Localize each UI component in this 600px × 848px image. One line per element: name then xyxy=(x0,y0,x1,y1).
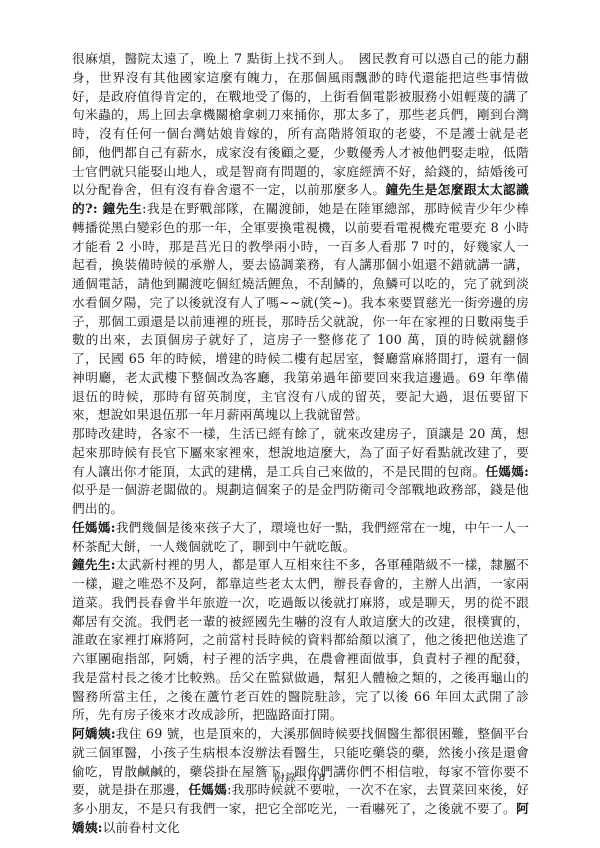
text-run: 我們幾個是後來孩子大了，環境也好一點，我們經常在一塊，中午一人一杯茶配大餅，一人… xyxy=(72,520,529,554)
paragraph: 任媽媽:我們幾個是後來孩子大了，環境也好一點，我們經常在一塊，中午一人一杯茶配大… xyxy=(72,519,529,557)
document-page: 很麻煩，醫院太遠了，晚上 7 點街上找不到人。 國民教育可以憑自己的能力翻身，世… xyxy=(0,0,600,848)
text-run: :我是在野戰部隊，在關渡師，她是在陸軍總部，那時候青少年少棒轉播從黑白變彩色的那… xyxy=(72,201,529,422)
paragraph: 鐘先生:太武新村裡的男人，都是軍人互相來往不多，各軍種階級不一樣，隸屬不一樣，避… xyxy=(72,556,529,725)
paragraph: 很麻煩，醫院太遠了，晚上 7 點街上找不到人。 國民教育可以憑自己的能力翻身，世… xyxy=(72,50,529,425)
text-run: 以前眷村文化 xyxy=(103,820,180,835)
text-run: 很麻煩，醫院太遠了，晚上 7 點街上找不到人。 國民教育可以憑自己的能力翻身，世… xyxy=(72,51,529,197)
page-number: 附錄二-18 xyxy=(0,770,600,785)
speaker-label: 任媽媽: xyxy=(485,464,529,479)
document-body: 很麻煩，醫院太遠了，晚上 7 點街上找不到人。 國民教育可以憑自己的能力翻身，世… xyxy=(72,50,529,838)
text-run: 那時改建時，各家不一樣，生活已經有餘了，就來改建房子，頂讓是 20 萬，想起來那… xyxy=(72,426,529,479)
speaker-label: 鐘先生: xyxy=(72,557,116,572)
speaker-label: 任媽媽: xyxy=(72,520,116,535)
paragraph: 那時改建時，各家不一樣，生活已經有餘了，就來改建房子，頂讓是 20 萬，想起來那… xyxy=(72,425,529,519)
text-run: 似乎是一個游老闆做的。規劃這個案子的是金門防衛司令部戰地政務部，錢是他們出的。 xyxy=(72,482,529,516)
speaker-label: 阿嬌姨: xyxy=(72,726,116,741)
text-run: 太武新村裡的男人，都是軍人互相來往不多，各軍種階級不一樣，隸屬不一樣，避之唯恐不… xyxy=(72,557,529,722)
